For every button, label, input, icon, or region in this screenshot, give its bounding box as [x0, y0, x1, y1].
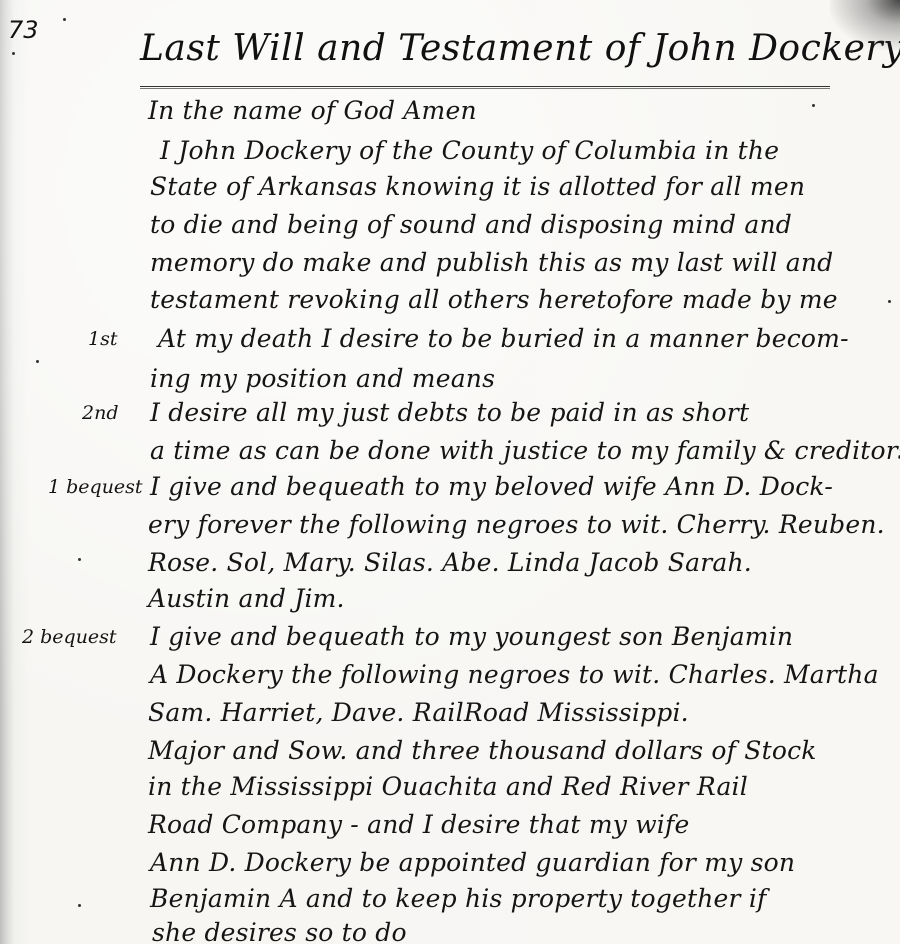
scan-speck — [78, 558, 81, 561]
title-underline — [140, 86, 830, 89]
text-line: Benjamin A and to keep his property toge… — [150, 884, 767, 913]
text-line: in the Mississippi Ouachita and Red Rive… — [148, 772, 748, 801]
text-line: In the name of God Amen — [148, 96, 477, 125]
scan-speck — [812, 104, 815, 107]
text-line: Major and Sow. and three thousand dollar… — [148, 736, 817, 765]
text-line: memory do make and publish this as my la… — [150, 248, 833, 277]
margin-note-first: 1st — [88, 328, 117, 350]
text-line: Rose. Sol, Mary. Silas. Abe. Linda Jacob… — [148, 548, 752, 577]
text-line: Austin and Jim. — [148, 584, 345, 613]
document-title: Last Will and Testament of John Dockery — [140, 28, 840, 69]
text-line: she desires so to do — [152, 918, 407, 944]
margin-note-bequest-2: 2 bequest — [22, 626, 117, 648]
text-line: Sam. Harriet, Dave. RailRoad Mississippi… — [148, 698, 689, 727]
text-line: A Dockery the following negroes to wit. … — [150, 660, 879, 689]
text-line: ing my position and means — [150, 364, 495, 393]
text-line: Road Company - and I desire that my wife — [148, 810, 689, 839]
scan-speck — [850, 50, 853, 53]
document-page: 73 Last Will and Testament of John Docke… — [0, 0, 900, 944]
text-line: I John Dockery of the County of Columbia… — [160, 136, 779, 165]
margin-note-bequest-1: 1 bequest — [48, 476, 143, 498]
scan-speck — [63, 18, 66, 21]
page-number: 73 — [8, 16, 39, 44]
scan-speck — [12, 52, 15, 55]
text-line: State of Arkansas knowing it is allotted… — [150, 172, 805, 201]
text-line: Ann D. Dockery be appointed guardian for… — [150, 848, 795, 877]
text-line: I give and bequeath to my youngest son B… — [150, 622, 793, 651]
text-line: I give and bequeath to my beloved wife A… — [150, 472, 833, 501]
text-line: ery forever the following negroes to wit… — [148, 510, 885, 539]
margin-note-second: 2nd — [82, 402, 119, 424]
text-line: I desire all my just debts to be paid in… — [150, 398, 749, 427]
scan-speck — [888, 300, 891, 303]
text-line: At my death I desire to be buried in a m… — [158, 324, 849, 353]
scan-speck — [36, 360, 39, 363]
text-line: a time as can be done with justice to my… — [150, 436, 900, 465]
scan-speck — [78, 904, 81, 907]
text-line: to die and being of sound and disposing … — [150, 210, 792, 239]
text-line: testament revoking all others heretofore… — [150, 285, 838, 314]
